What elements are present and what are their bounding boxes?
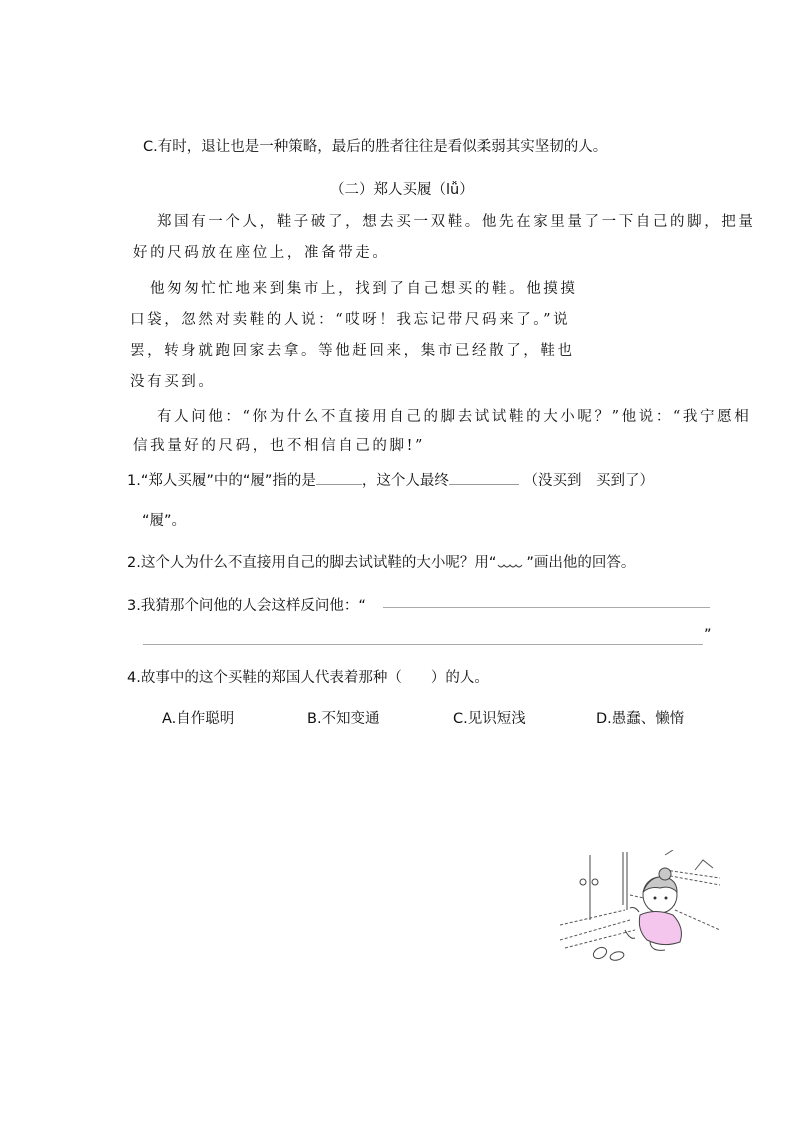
answer-blank-1b[interactable] [449, 470, 519, 485]
option-b[interactable]: B.不知变通 [307, 707, 380, 728]
question-2-text: 2.这个人为什么不直接用自己的脚去试试鞋的大小呢？用“ [127, 555, 496, 571]
section-title: （二）郑人买履（lǚ） [330, 178, 474, 199]
answer-blank-1a[interactable] [316, 470, 362, 485]
question-4: 4.故事中的这个买鞋的郑国人代表着那种（ ）的人。 [127, 666, 489, 687]
answer-line-3a[interactable] [383, 607, 710, 608]
wavy-underline-icon [496, 559, 526, 569]
answer-line-3b[interactable] [143, 644, 703, 645]
passage-line: 口袋，忽然对卖鞋的人说：“哎呀！我忘记带尺码来了。”说 [130, 308, 570, 329]
passage-line: 好的尺码放在座位上，准备带走。 [133, 241, 390, 262]
passage-line: 有人问他：“你为什么不直接用自己的脚去试试鞋的大小呢？”他说：“我宁愿相 [157, 405, 751, 426]
question-1: 1.“郑人买履”中的“履”指的是，这个人最终 （没买到 买到了） [127, 469, 654, 490]
question-2-text: ”画出他的回答。 [526, 555, 635, 571]
passage-line: 信我量好的尺码，也不相信自己的脚!” [133, 434, 425, 455]
option-d[interactable]: D.愚蠢、懒惰 [596, 707, 684, 728]
option-a[interactable]: A.自作聪明 [162, 707, 234, 728]
question-3: 3.我猜那个问他的人会这样反问他：“ [127, 594, 366, 615]
prev-option-c: C.有时，退让也是一种策略，最后的胜者往往是看似柔弱其实坚韧的人。 [143, 135, 607, 156]
passage-line: 郑国有一个人，鞋子破了，想去买一双鞋。他先在家里量了一下自己的脚，把量 [157, 210, 756, 231]
passage-line: 没有买到。 [130, 370, 216, 391]
closing-quote: ” [704, 627, 712, 643]
child-illustration-icon [555, 850, 725, 970]
passage-line: 罢，转身就跑回家去拿。等他赶回来，集市已经散了，鞋也 [130, 339, 575, 360]
question-1-text: ，这个人最终 [362, 473, 449, 489]
question-1-text: 1.“郑人买履”中的“履”指的是 [127, 473, 316, 489]
question-1-choices: （没买到 买到了） [524, 473, 655, 489]
question-1-continuation: “履”。 [142, 509, 186, 530]
option-c[interactable]: C.见识短浅 [453, 707, 526, 728]
question-2: 2.这个人为什么不直接用自己的脚去试试鞋的大小呢？用“”画出他的回答。 [127, 551, 635, 572]
passage-line: 他匆匆忙忙地来到集市上，找到了自己想买的鞋。他摸摸 [150, 277, 578, 298]
